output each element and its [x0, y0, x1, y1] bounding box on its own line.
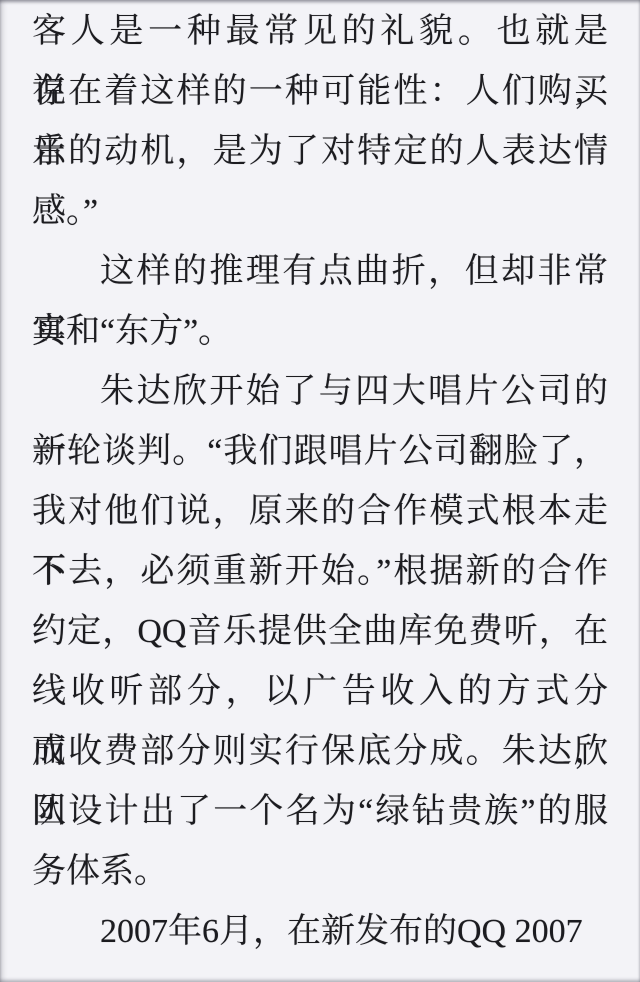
text-line: 约定，QQ音乐提供全曲库免费听，在 — [32, 602, 608, 662]
ebook-page: 客人是一种最常见的礼貌。也就是说， 存在着这样的一种可能性：人们购买音 乐的动机… — [0, 0, 640, 982]
text-line: 乐的动机，是为了对特定的人表达情 — [32, 122, 608, 182]
text-line: 线收听部分，以广告收入的方式分成， — [32, 662, 608, 722]
body-text: 客人是一种最常见的礼貌。也就是说， 存在着这样的一种可能性：人们购买音 乐的动机… — [32, 2, 608, 962]
text-line: 实和“东方”。 — [32, 302, 608, 362]
text-line: 朱达欣开始了与四大唱片公司的新 — [32, 362, 608, 422]
text-line: 我对他们说，原来的合作模式根本走不 — [32, 482, 608, 542]
text-line: 队设计出了一个名为“绿钻贵族”的服 — [32, 782, 608, 842]
text-line: 下去，必须重新开始。”根据新的合作 — [32, 542, 608, 602]
text-line: 存在着这样的一种可能性：人们购买音 — [32, 62, 608, 122]
text-line: 而收费部分则实行保底分成。朱达欣团 — [32, 722, 608, 782]
text-line: 一轮谈判。“我们跟唱片公司翻脸了， — [32, 422, 608, 482]
text-line: 这样的推理有点曲折，但却非常真 — [32, 242, 608, 302]
text-line: 感。” — [32, 182, 608, 242]
text-line: 客人是一种最常见的礼貌。也就是说， — [32, 2, 608, 62]
text-line: 务体系。 — [32, 842, 608, 902]
text-line: 2007年6月，在新发布的QQ 2007 — [32, 902, 608, 962]
